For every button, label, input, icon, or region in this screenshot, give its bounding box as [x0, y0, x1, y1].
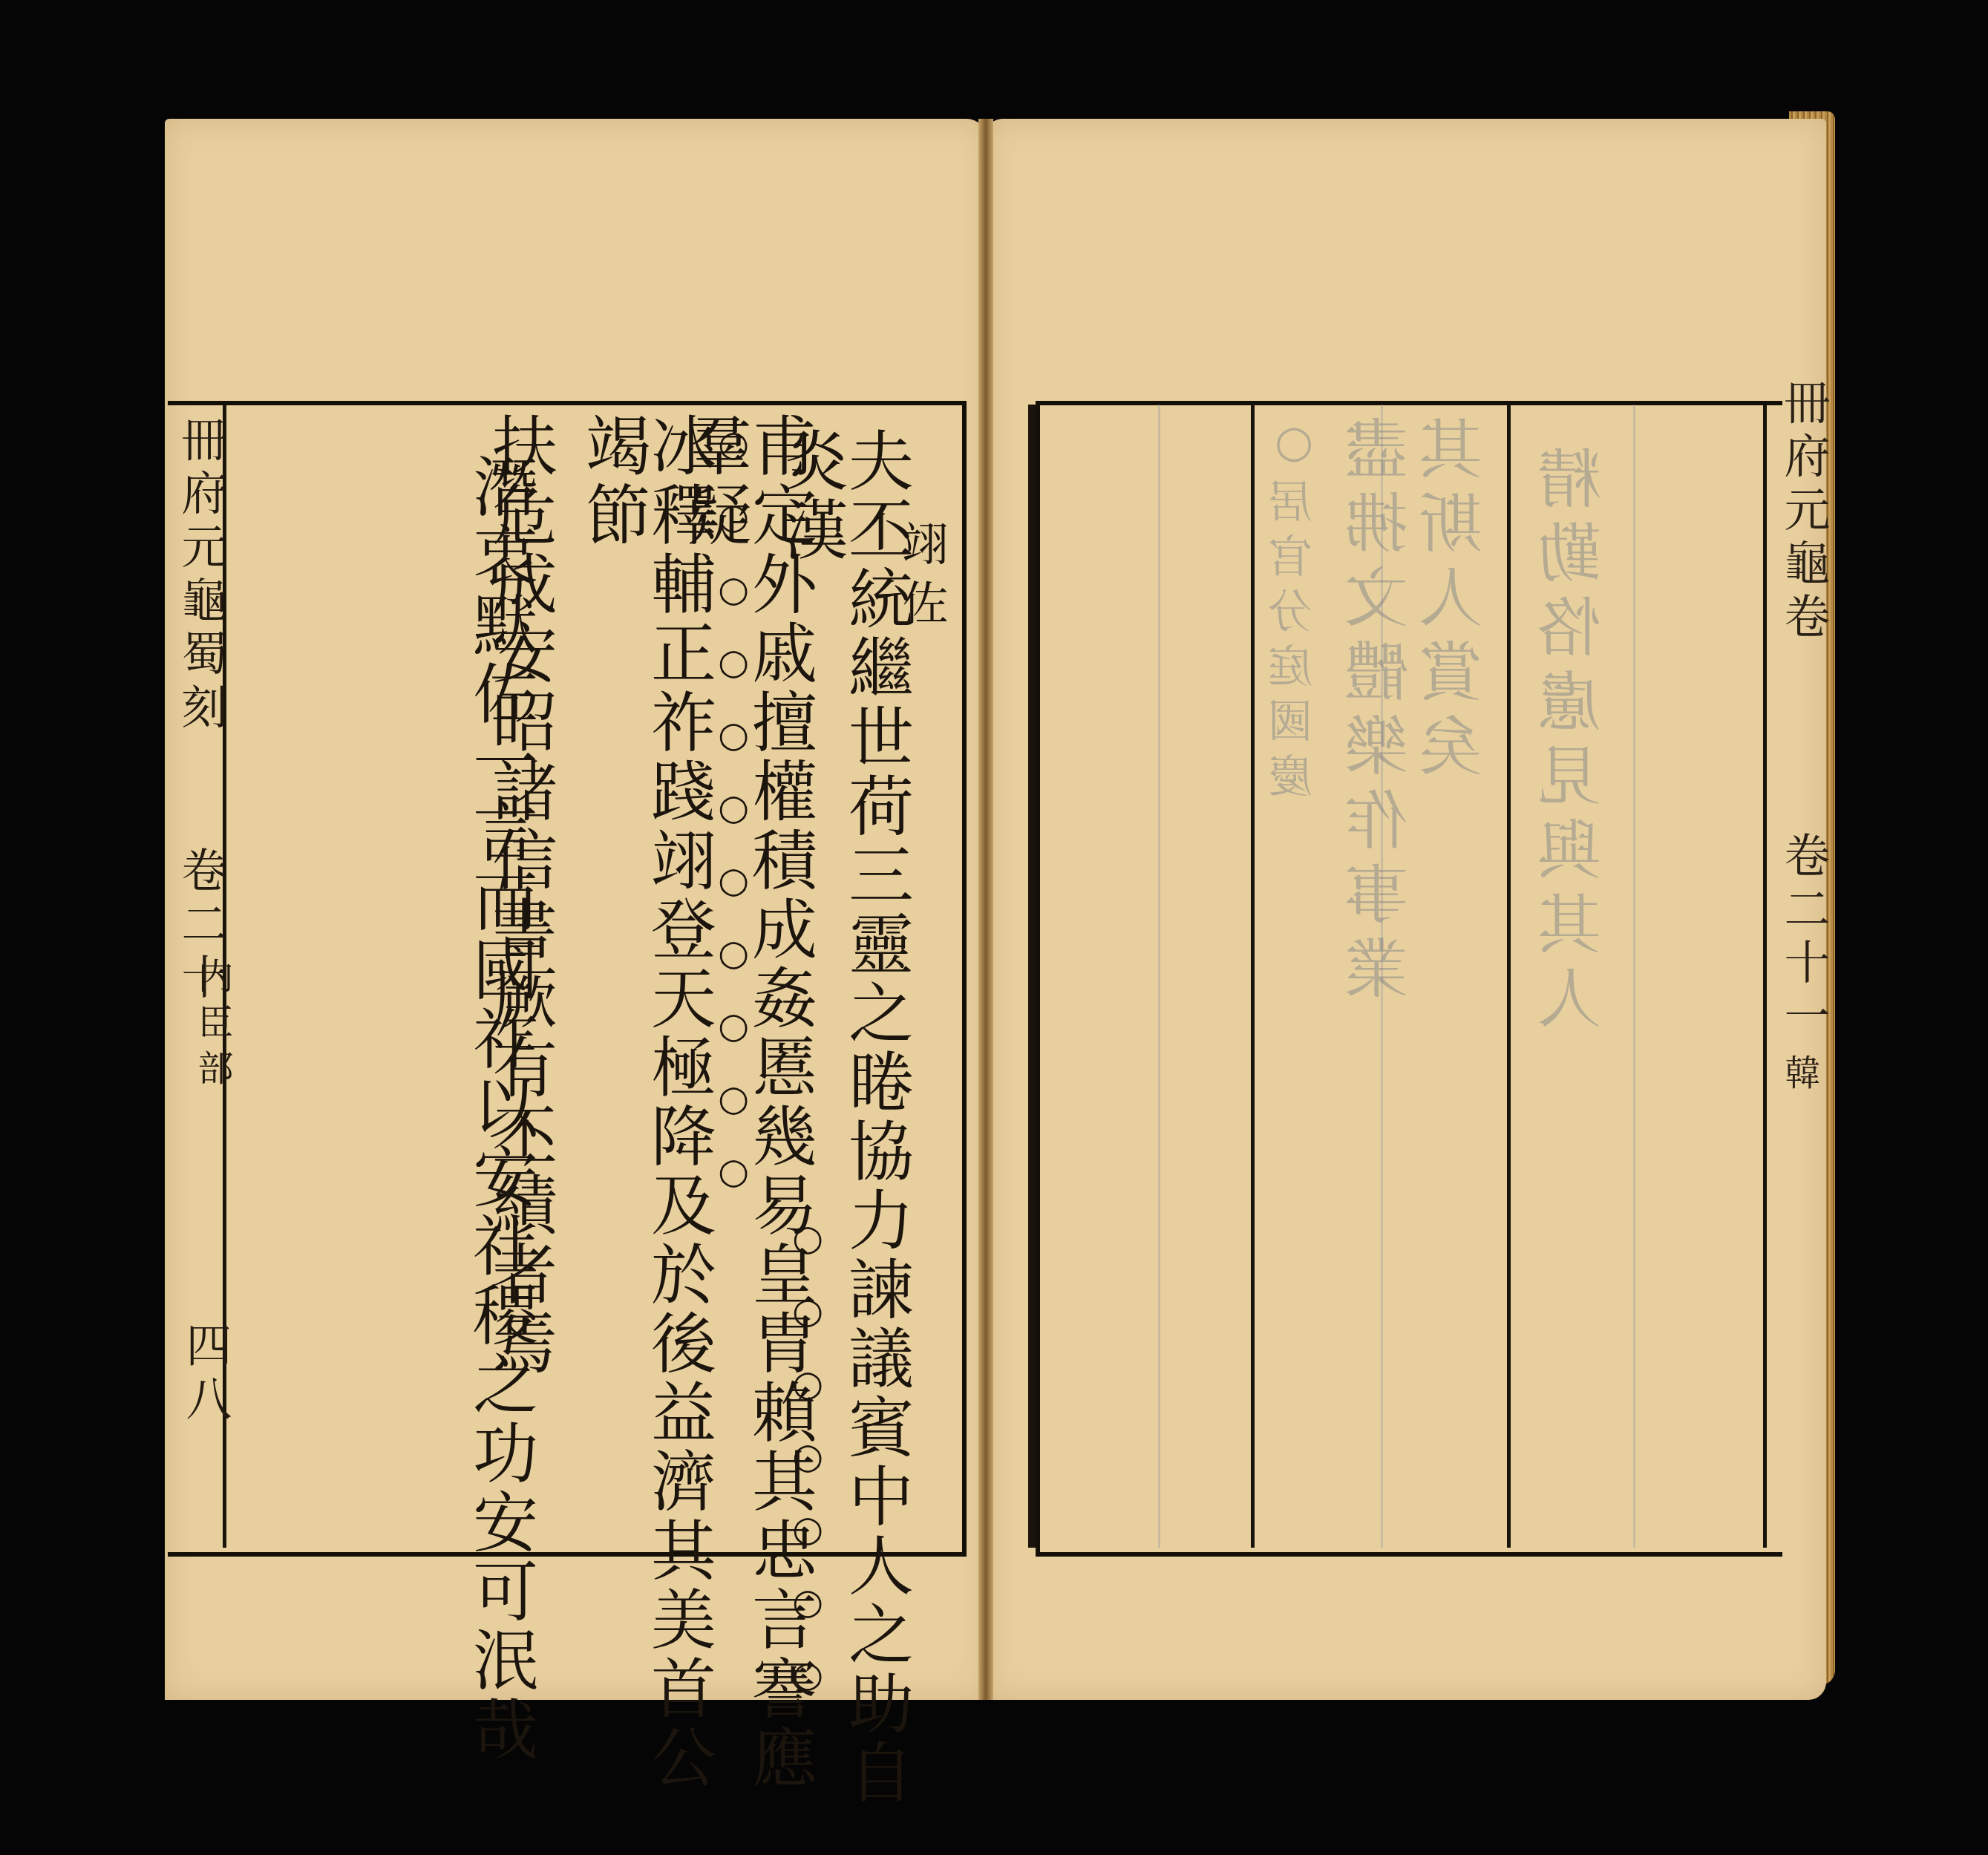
margin-folio: 四八: [172, 1321, 238, 1428]
right-margin-volume: 卷二十一: [1770, 831, 1837, 1045]
book-gutter: [978, 119, 993, 1700]
bleed-through-column: 盡拂文體樂作事業: [1336, 416, 1428, 1010]
right-margin-section: 韓: [1774, 1054, 1825, 1100]
bleed-rule: [1633, 405, 1635, 1548]
text-column-3: 冰釋輔正祚踐翊登天極降及於後益濟其美首公竭節: [581, 412, 711, 1855]
right-margin-rule: [1763, 405, 1767, 1548]
right-column-rule: [1507, 405, 1511, 1548]
right-column-rule: [1251, 405, 1255, 1548]
margin-section: 内臣部: [187, 958, 238, 1096]
bleed-through-column: 精勤恪慮見與其人: [1529, 445, 1621, 1039]
bleed-through-column: ○居官分庭國慶: [1262, 416, 1326, 808]
margin-title: 冊府元龜蜀刻: [168, 416, 234, 736]
circle-markers-col1: ○○○○○○○: [787, 1217, 828, 1727]
bleed-rule: [1158, 405, 1160, 1548]
circle-markers-col2: ○○○○○○○○○○○: [713, 423, 754, 1223]
right-margin-title: 冊府元龜卷: [1770, 379, 1837, 646]
text-column-5: 潛衷默佐一言而國祚以安社稷之功安可泯哉: [468, 453, 533, 1764]
right-page-border: [1028, 405, 1036, 1548]
